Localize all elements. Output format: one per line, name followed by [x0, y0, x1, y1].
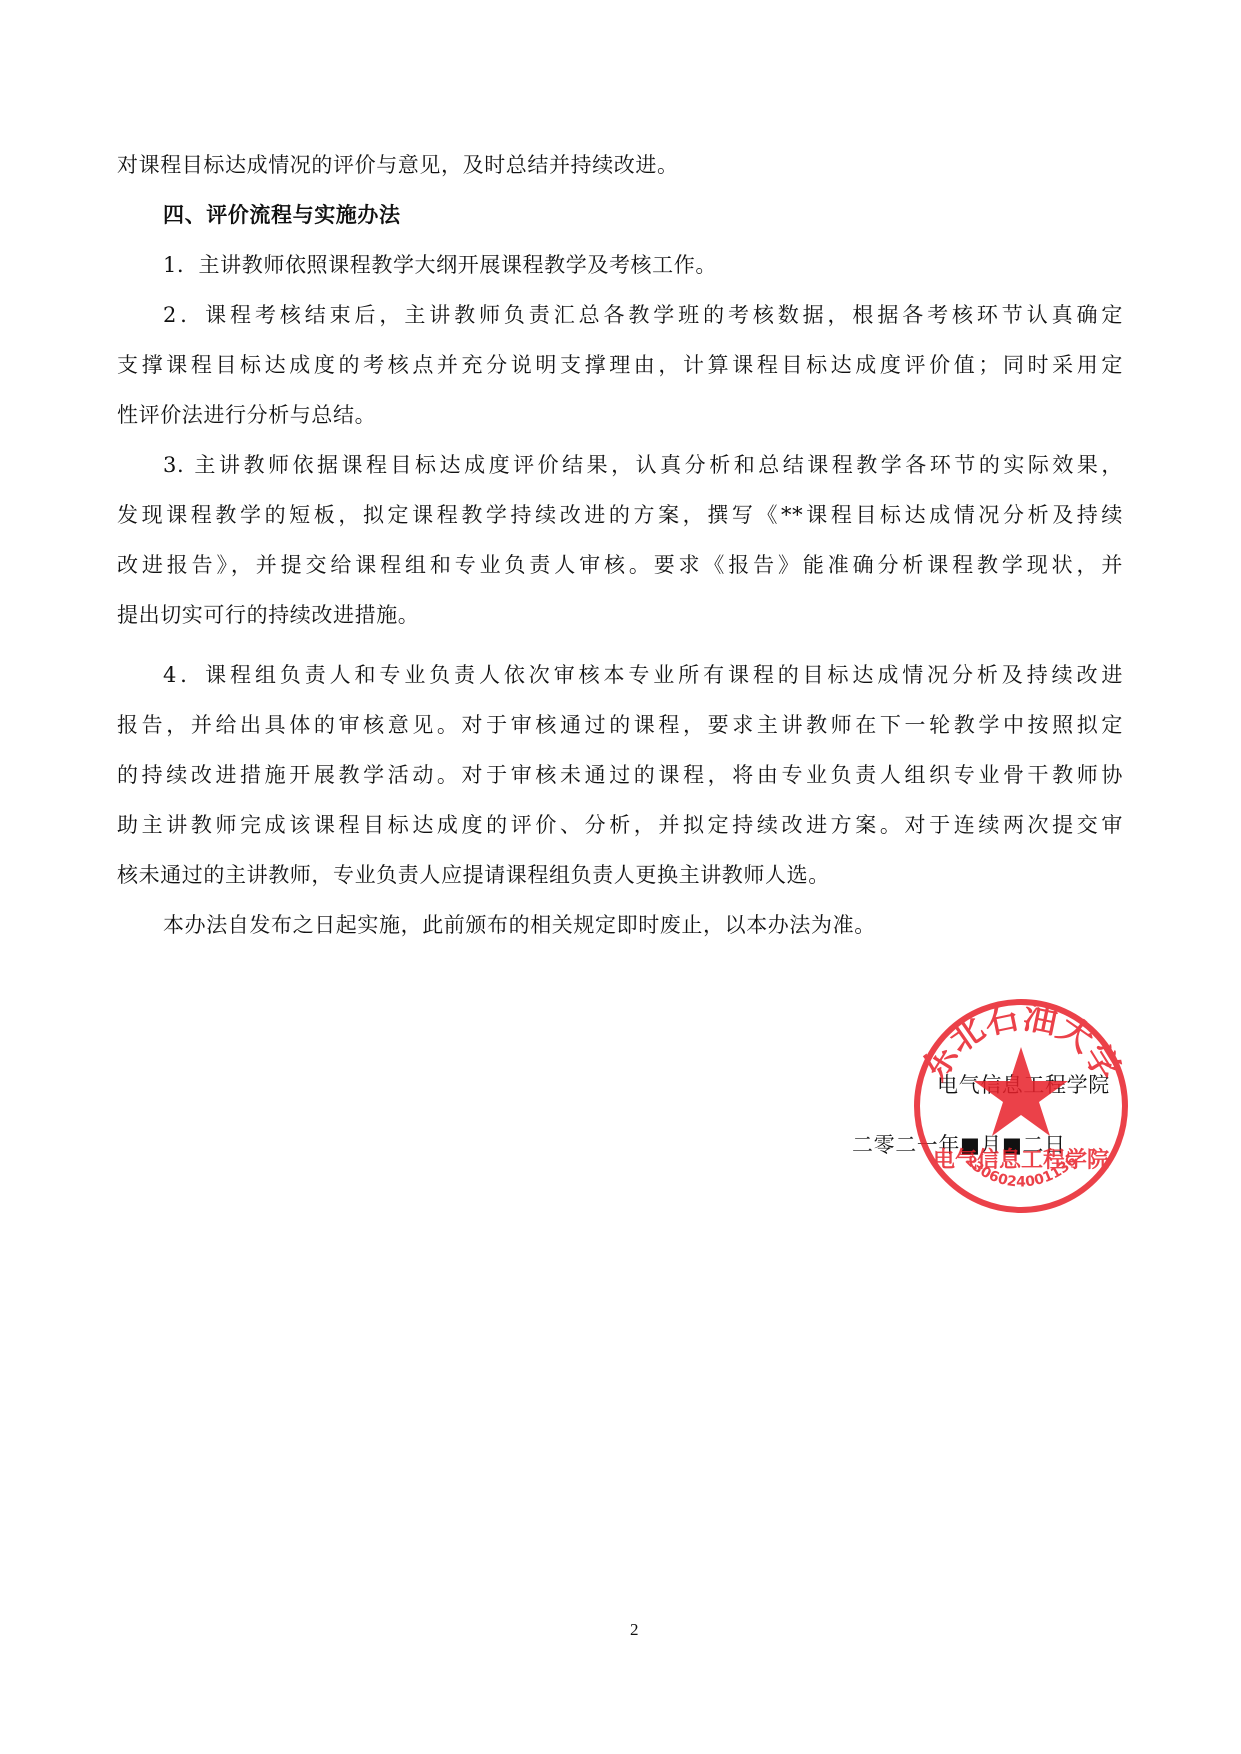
official-seal-icon: 东北石油大学 电气信息工程学院 2306024001136 — [910, 995, 1132, 1217]
text-line: 核未通过的主讲教师，专业负责人应提请课程组负责人更换主讲教师人选。 — [117, 860, 830, 890]
svg-text:电气信息工程学院: 电气信息工程学院 — [933, 1147, 1109, 1173]
section-heading: 四、评价流程与实施办法 — [163, 200, 401, 230]
document-page: 对课程目标达成情况的评价与意见，及时总结并持续改进。四、评价流程与实施办法1．主… — [0, 0, 1241, 1754]
text-line: 发现课程教学的短板，拟定课程教学持续改进的方案，撰写《**课程目标达成情况分析及… — [117, 500, 1123, 530]
text-line: 报告，并给出具体的审核意见。对于审核通过的课程，要求主讲教师在下一轮教学中按照拟… — [117, 710, 1123, 740]
text-line: 的持续改进措施开展教学活动。对于审核未通过的课程，将由专业负责人组织专业骨干教师… — [117, 760, 1123, 790]
text-line: 4．课程组负责人和专业负责人依次审核本专业所有课程的目标达成情况分析及持续改进 — [163, 660, 1123, 690]
text-line: 2．课程考核结束后，主讲教师负责汇总各教学班的考核数据，根据各考核环节认真确定 — [163, 300, 1123, 330]
text-line: 提出切实可行的持续改进措施。 — [117, 600, 419, 630]
text-line: 支撑课程目标达成度的考核点并充分说明支撑理由，计算课程目标达成度评价值；同时采用… — [117, 350, 1123, 380]
text-line: 本办法自发布之日起实施，此前颁布的相关规定即时废止，以本办法为准。 — [163, 910, 876, 940]
text-line: 3. 主讲教师依据课程目标达成度评价结果，认真分析和总结课程教学各环节的实际效果… — [163, 450, 1123, 480]
page-number: 2 — [630, 1620, 639, 1640]
text-line: 助主讲教师完成该课程目标达成度的评价、分析，并拟定持续改进方案。对于连续两次提交… — [117, 810, 1123, 840]
text-line: 改进报告》，并提交给课程组和专业负责人审核。要求《报告》能准确分析课程教学现状，… — [117, 550, 1123, 580]
text-line: 对课程目标达成情况的评价与意见，及时总结并持续改进。 — [117, 150, 679, 180]
text-line: 1．主讲教师依照课程教学大纲开展课程教学及考核工作。 — [163, 250, 717, 280]
text-line: 性评价法进行分析与总结。 — [117, 400, 376, 430]
